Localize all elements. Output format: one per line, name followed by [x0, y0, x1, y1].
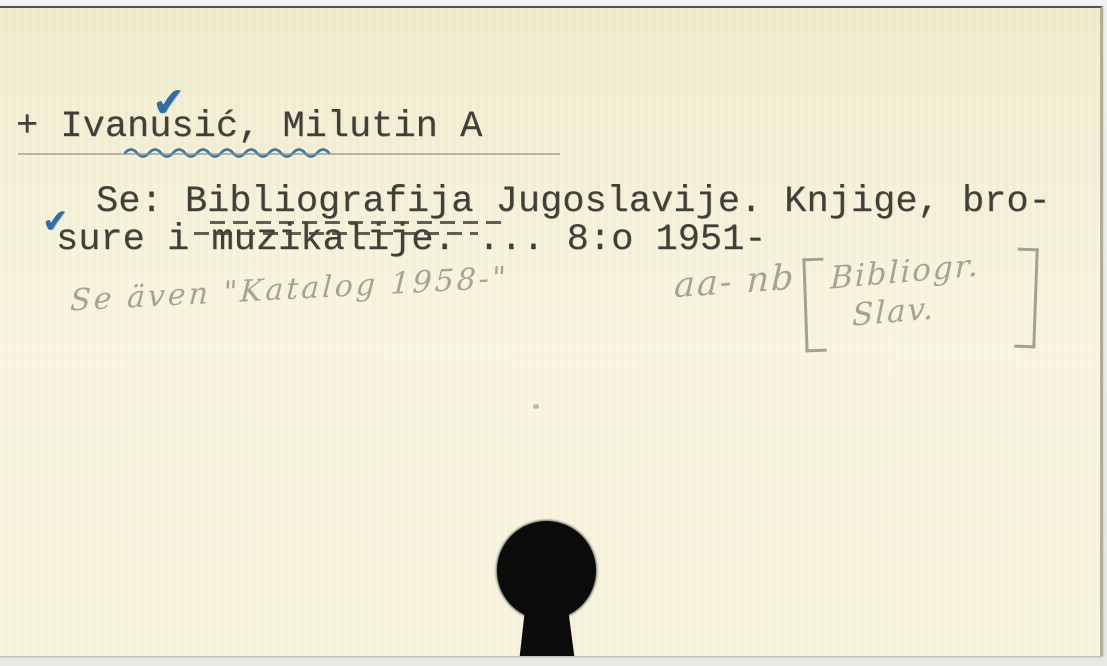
catalog-card: + Ivanusić, Milutin A ✔ Se: Bibliografij… — [0, 6, 1103, 656]
pencil-note-see-also: Se även "Katalog 1958-" — [69, 260, 509, 318]
bracket-left — [802, 258, 826, 353]
heading-author: + Ivanusić, Milutin A — [16, 109, 482, 146]
dashed-underline-bibliografija — [210, 221, 502, 224]
pencil-note-bibliogr: Bibliogr. — [830, 247, 980, 296]
wavy-underline-icon — [124, 144, 336, 158]
check-mark-icon: ✔ — [150, 79, 187, 127]
paper-speck — [533, 404, 539, 409]
entry-line-2: sure i muzikalije. ... 8:o 1951- — [56, 222, 767, 259]
entry-line-1: Se: Bibliografija Jugoslavije. Knjige, b… — [96, 184, 1051, 221]
bracket-right — [1014, 248, 1038, 349]
dashed-overline-muzikalije — [194, 232, 478, 235]
check-mark-icon: ✔ — [41, 201, 70, 241]
scanned-catalog-card-page: + Ivanusić, Milutin A ✔ Se: Bibliografij… — [0, 0, 1107, 666]
pencil-note-slav: Slav. — [852, 290, 936, 333]
heading-rule-line — [18, 153, 560, 155]
pencil-note-classification: aa- nb — [673, 258, 796, 307]
